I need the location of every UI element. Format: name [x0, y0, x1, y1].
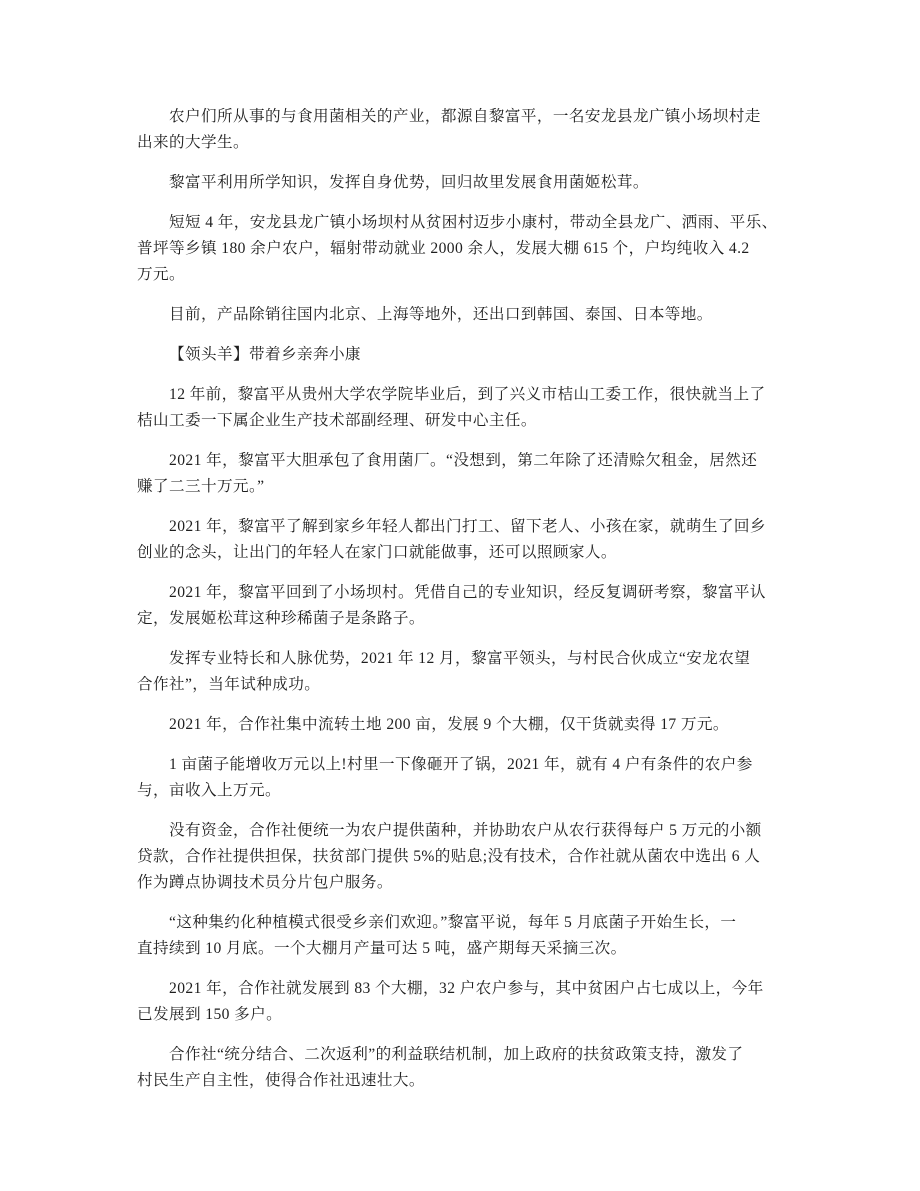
- heading-text: 【领头羊】带着乡亲奔小康: [137, 342, 797, 368]
- text-line: 合作社“统分结合、二次返利”的利益联结机制，加上政府的扶贫政策支持，激发了: [137, 1042, 797, 1068]
- text-line: 桔山工委一下属企业生产技术部副经理、研发中心主任。: [137, 408, 797, 434]
- text-line: 赚了二三十万元。”: [137, 474, 797, 500]
- text-line: 作为蹲点协调技术员分片包户服务。: [137, 870, 797, 896]
- paragraph-graduation: 12 年前，黎富平从贵州大学农学院毕业后，到了兴义市桔山工委工作，很快就当上了 …: [137, 382, 797, 434]
- text-line: 没有资金，合作社便统一为农户提供菌种，并协助农户从农行获得每户 5 万元的小额: [137, 818, 797, 844]
- paragraph-growth: 2021 年，合作社就发展到 83 个大棚，32 户农户参与，其中贫困户占七成以…: [137, 976, 797, 1028]
- paragraph-origin: 农户们所从事的与食用菌相关的产业，都源自黎富平，一名安龙县龙广镇小场坝村走 出来…: [137, 104, 797, 156]
- text-line: 2021 年，合作社集中流转土地 200 亩，发展 9 个大棚，仅干货就卖得 1…: [137, 712, 797, 738]
- text-line: 定，发展姬松茸这种珍稀菌子是条路子。: [137, 606, 797, 632]
- text-line: 目前，产品除销往国内北京、上海等地外，还出口到韩国、泰国、日本等地。: [137, 302, 797, 328]
- paragraph-mechanism: 合作社“统分结合、二次返利”的利益联结机制，加上政府的扶贫政策支持，激发了 村民…: [137, 1042, 797, 1094]
- text-line: 创业的念头，让出门的年轻人在家门口就能做事，还可以照顾家人。: [137, 540, 797, 566]
- paragraph-contract: 2021 年，黎富平大胆承包了食用菌厂。“没想到，第二年除了还清赊欠租金，居然还…: [137, 448, 797, 500]
- text-line: 1 亩菌子能增收万元以上!村里一下像砸开了锅，2021 年，就有 4 户有条件的…: [137, 752, 797, 778]
- document-page: 农户们所从事的与食用菌相关的产业，都源自黎富平，一名安龙县龙广镇小场坝村走 出来…: [137, 104, 797, 1108]
- text-line: 万元。: [137, 262, 797, 288]
- paragraph-export: 目前，产品除销往国内北京、上海等地外，还出口到韩国、泰国、日本等地。: [137, 302, 797, 328]
- paragraph-cooperative: 发挥专业特长和人脉优势，2021 年 12 月，黎富平领头，与村民合伙成立“安龙…: [137, 646, 797, 698]
- text-line: 直持续到 10 月底。一个大棚月产量可达 5 吨，盛产期每天采摘三次。: [137, 936, 797, 962]
- text-line: 2021 年，合作社就发展到 83 个大棚，32 户农户参与，其中贫困户占七成以…: [137, 976, 797, 1002]
- paragraph-land: 2021 年，合作社集中流转土地 200 亩，发展 9 个大棚，仅干货就卖得 1…: [137, 712, 797, 738]
- text-line: “这种集约化种植模式很受乡亲们欢迎。”黎富平说，每年 5 月底菌子开始生长，一: [137, 910, 797, 936]
- text-line: 出来的大学生。: [137, 130, 797, 156]
- text-line: 短短 4 年，安龙县龙广镇小场坝村从贫困村迈步小康村，带动全县龙广、洒雨、平乐、: [137, 210, 797, 236]
- text-line: 黎富平利用所学知识，发挥自身优势，回归故里发展食用菌姬松茸。: [137, 170, 797, 196]
- section-heading: 【领头羊】带着乡亲奔小康: [137, 342, 797, 368]
- text-line: 2021 年，黎富平大胆承包了食用菌厂。“没想到，第二年除了还清赊欠租金，居然还: [137, 448, 797, 474]
- paragraph-funding: 没有资金，合作社便统一为农户提供菌种，并协助农户从农行获得每户 5 万元的小额 …: [137, 818, 797, 896]
- text-line: 农户们所从事的与食用菌相关的产业，都源自黎富平，一名安龙县龙广镇小场坝村走: [137, 104, 797, 130]
- text-line: 2021 年，黎富平回到了小场坝村。凭借自己的专业知识，经反复调研考察，黎富平认: [137, 580, 797, 606]
- text-line: 与，亩收入上万元。: [137, 778, 797, 804]
- paragraph-returned: 2021 年，黎富平回到了小场坝村。凭借自己的专业知识，经反复调研考察，黎富平认…: [137, 580, 797, 632]
- paragraph-knowledge: 黎富平利用所学知识，发挥自身优势，回归故里发展食用菌姬松茸。: [137, 170, 797, 196]
- text-line: 村民生产自主性，使得合作社迅速壮大。: [137, 1068, 797, 1094]
- paragraph-income: 1 亩菌子能增收万元以上!村里一下像砸开了锅，2021 年，就有 4 户有条件的…: [137, 752, 797, 804]
- paragraph-four-years: 短短 4 年，安龙县龙广镇小场坝村从贫困村迈步小康村，带动全县龙广、洒雨、平乐、…: [137, 210, 797, 288]
- text-line: 发挥专业特长和人脉优势，2021 年 12 月，黎富平领头，与村民合伙成立“安龙…: [137, 646, 797, 672]
- text-line: 2021 年，黎富平了解到家乡年轻人都出门打工、留下老人、小孩在家，就萌生了回乡: [137, 514, 797, 540]
- paragraph-return-idea: 2021 年，黎富平了解到家乡年轻人都出门打工、留下老人、小孩在家，就萌生了回乡…: [137, 514, 797, 566]
- text-line: 12 年前，黎富平从贵州大学农学院毕业后，到了兴义市桔山工委工作，很快就当上了: [137, 382, 797, 408]
- text-line: 贷款，合作社提供担保，扶贫部门提供 5%的贴息;没有技术，合作社就从菌农中选出 …: [137, 844, 797, 870]
- text-line: 已发展到 150 多户。: [137, 1002, 797, 1028]
- text-line: 普坪等乡镇 180 余户农户，辐射带动就业 2000 余人，发展大棚 615 个…: [137, 236, 797, 262]
- paragraph-quote: “这种集约化种植模式很受乡亲们欢迎。”黎富平说，每年 5 月底菌子开始生长，一 …: [137, 910, 797, 962]
- text-line: 合作社”，当年试种成功。: [137, 672, 797, 698]
